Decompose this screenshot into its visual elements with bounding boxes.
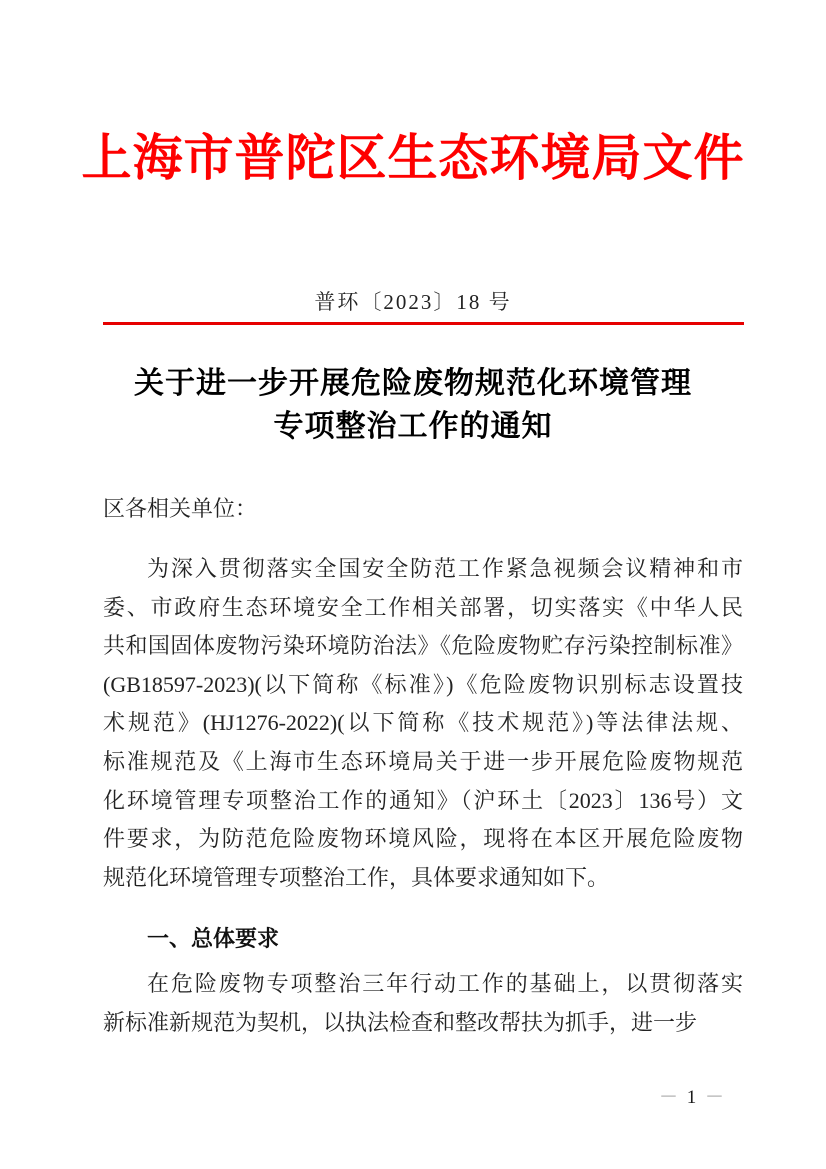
body-line: (GB18597-2023)(以下简称《标准》)《危险废物识别标志设置技: [103, 666, 743, 705]
agency-header-title: 上海市普陀区生态环境局文件: [0, 122, 826, 194]
body-line: 件要求，为防范危险废物环境风险，现将在本区开展危险废物: [103, 820, 743, 859]
document-title-line1: 关于进一步开展危险废物规范化环境管理: [0, 362, 826, 405]
body-line: 为深入贯彻落实全国安全防范工作紧急视频会议精神和市: [103, 550, 743, 589]
document-body: 区各相关单位： 为深入贯彻落实全国安全防范工作紧急视频会议精神和市 委、市政府生…: [103, 489, 743, 1042]
body-line: 在危险废物专项整治三年行动工作的基础上，以贯彻落实: [103, 964, 743, 1003]
page-number-value: 1: [687, 1087, 699, 1108]
body-line: 共和国固体废物污染环境防治法》《危险废物贮存污染控制标准》: [103, 627, 743, 666]
paragraph-1: 为深入贯彻落实全国安全防范工作紧急视频会议精神和市 委、市政府生态环境安全工作相…: [103, 550, 743, 897]
body-line: 化环境管理专项整治工作的通知》（沪环土〔2023〕136号）文: [103, 782, 743, 821]
body-line: 规范化环境管理专项整治工作，具体要求通知如下。: [103, 859, 743, 898]
document-number: 普环〔2023〕18 号: [0, 289, 826, 315]
paragraph-2: 在危险废物专项整治三年行动工作的基础上，以贯彻落实 新标准新规范为契机，以执法检…: [103, 964, 743, 1042]
page-number-dash-left: －: [659, 1087, 680, 1108]
body-line: 新标准新规范为契机，以执法检查和整改帮扶为抓手，进一步: [103, 1003, 743, 1042]
red-separator-rule: [103, 322, 744, 325]
salutation: 区各相关单位：: [103, 489, 743, 528]
document-title-line2: 专项整治工作的通知: [0, 405, 826, 448]
body-line: 委、市政府生态环境安全工作相关部署，切实落实《中华人民: [103, 589, 743, 628]
body-line: 标准规范及《上海市生态环境局关于进一步开展危险废物规范: [103, 743, 743, 782]
body-line: 术规范》(HJ1276-2022)(以下简称《技术规范》)等法律法规、: [103, 704, 743, 743]
page-number: － 1 －: [659, 1082, 726, 1109]
document-page: 上海市普陀区生态环境局文件 普环〔2023〕18 号 关于进一步开展危险废物规范…: [0, 0, 826, 1169]
document-title: 关于进一步开展危险废物规范化环境管理 专项整治工作的通知: [0, 362, 826, 448]
page-number-dash-right: －: [705, 1087, 726, 1108]
section-heading-overall-requirements: 一、总体要求: [103, 919, 743, 958]
